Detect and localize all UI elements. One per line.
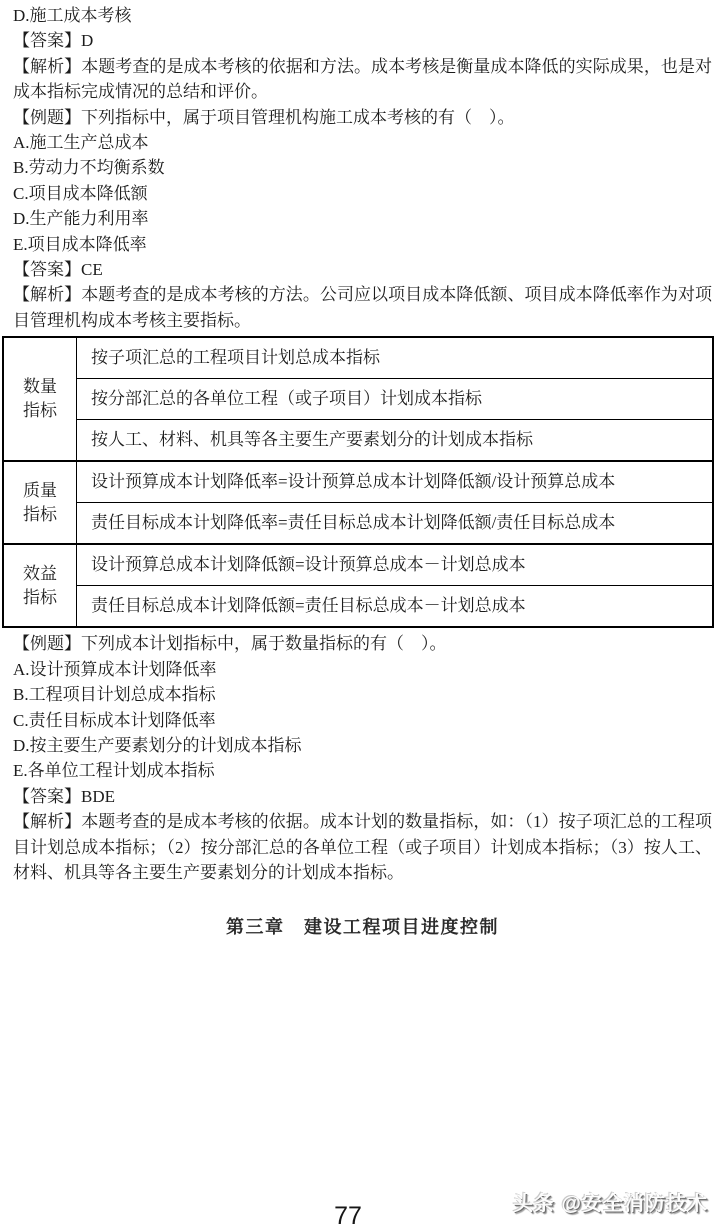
option-line: E.项目成本降低率 bbox=[13, 232, 712, 257]
analysis-paragraph: 【解析】本题考查的是成本考核的依据和方法。成本考核是衡量成本降低的实际成果，也是… bbox=[13, 54, 712, 105]
table-row: 数量指标 按子项汇总的工程项目计划总成本指标 bbox=[3, 337, 713, 379]
table-row: 责任目标成本计划降低率=责任目标总成本计划降低额/责任目标总成本 bbox=[3, 503, 713, 545]
group-label-quality: 质量指标 bbox=[3, 461, 77, 544]
table-row: 责任目标总成本计划降低额=责任目标总成本－计划总成本 bbox=[3, 586, 713, 628]
option-line: D.生产能力利用率 bbox=[13, 206, 712, 231]
table-row: 按人工、材料、机具等各主要生产要素划分的计划成本指标 bbox=[3, 420, 713, 462]
option-line: D.按主要生产要素划分的计划成本指标 bbox=[13, 733, 712, 758]
group-label-quantity: 数量指标 bbox=[3, 337, 77, 461]
table-cell: 责任目标总成本计划降低额=责任目标总成本－计划总成本 bbox=[77, 586, 714, 628]
option-line: C.项目成本降低额 bbox=[13, 181, 712, 206]
option-line: E.各单位工程计划成本指标 bbox=[13, 758, 712, 783]
answer-line: 【答案】BDE bbox=[13, 784, 712, 809]
question-line: 【例题】下列成本计划指标中，属于数量指标的有（ ）。 bbox=[13, 631, 712, 656]
analysis-paragraph: 【解析】本题考查的是成本考核的依据。成本计划的数量指标，如：（1）按子项汇总的工… bbox=[13, 809, 712, 885]
table-cell: 设计预算成本计划降低率=设计预算总成本计划降低额/设计预算总成本 bbox=[77, 461, 714, 503]
analysis-paragraph: 【解析】本题考查的是成本考核的方法。公司应以项目成本降低额、项目成本降低率作为对… bbox=[13, 282, 712, 333]
answer-line: 【答案】CE bbox=[13, 257, 712, 282]
question-line: 【例题】下列指标中，属于项目管理机构施工成本考核的有（ ）。 bbox=[13, 105, 712, 130]
option-line: B.工程项目计划总成本指标 bbox=[13, 682, 712, 707]
group-label-benefit: 效益指标 bbox=[3, 544, 77, 627]
table-row: 质量指标 设计预算成本计划降低率=设计预算总成本计划降低额/设计预算总成本 bbox=[3, 461, 713, 503]
option-line: D.施工成本考核 bbox=[13, 3, 712, 28]
watermark-text: 头条 @安全消防技术 bbox=[513, 1187, 708, 1216]
table-cell: 责任目标成本计划降低率=责任目标总成本计划降低额/责任目标总成本 bbox=[77, 503, 714, 545]
option-line: C.责任目标成本计划降低率 bbox=[13, 708, 712, 733]
table-cell: 按分部汇总的各单位工程（或子项目）计划成本指标 bbox=[77, 379, 714, 420]
option-line: B.劳动力不均衡系数 bbox=[13, 155, 712, 180]
table-row: 效益指标 设计预算总成本计划降低额=设计预算总成本－计划总成本 bbox=[3, 544, 713, 586]
cost-indicator-table: 数量指标 按子项汇总的工程项目计划总成本指标 按分部汇总的各单位工程（或子项目）… bbox=[2, 336, 714, 628]
table-cell: 按子项汇总的工程项目计划总成本指标 bbox=[77, 337, 714, 379]
table-cell: 按人工、材料、机具等各主要生产要素划分的计划成本指标 bbox=[77, 420, 714, 462]
table-cell: 设计预算总成本计划降低额=设计预算总成本－计划总成本 bbox=[77, 544, 714, 586]
document-content: D.施工成本考核 【答案】D 【解析】本题考查的是成本考核的依据和方法。成本考核… bbox=[0, 0, 718, 941]
answer-line: 【答案】D bbox=[13, 28, 712, 53]
option-line: A.设计预算成本计划降低率 bbox=[13, 657, 712, 682]
chapter-heading: 第三章 建设工程项目进度控制 bbox=[13, 915, 712, 940]
table-row: 按分部汇总的各单位工程（或子项目）计划成本指标 bbox=[3, 379, 713, 420]
option-line: A.施工生产总成本 bbox=[13, 130, 712, 155]
